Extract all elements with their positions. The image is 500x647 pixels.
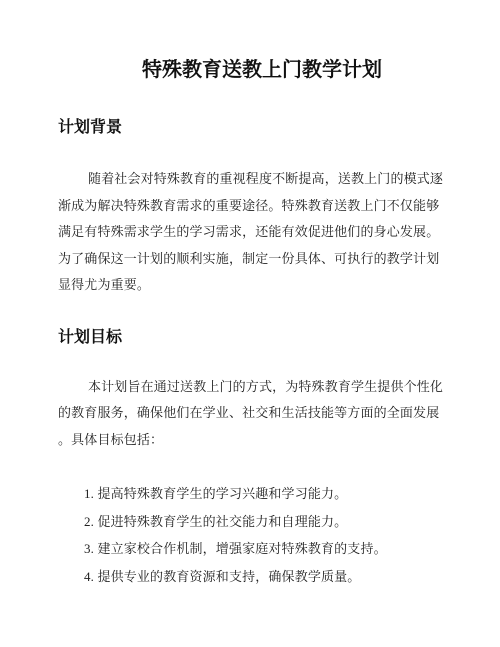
plan-background-paragraph: 随着社会对特殊教育的重视程度不断提高，送教上门的模式逐 渐成为解决特殊教育需求的… [58, 166, 440, 299]
plan-goals-paragraph: 本计划旨在通过送教上门的方式，为特殊教育学生提供个性化 的教育服务，确保他们在学… [58, 374, 440, 454]
goals-list: 1. 提高特殊教育学生的学习兴趣和学习能力。 2. 促进特殊教育学生的社交能力和… [58, 480, 440, 590]
document-title: 特殊教育送教上门教学计划 [58, 55, 440, 85]
goal-list-item-4: 4. 提供专业的教育资源和支持，确保教学质量。 [84, 563, 440, 591]
goal-list-item-1: 1. 提高特殊教育学生的学习兴趣和学习能力。 [84, 480, 440, 508]
document-page: 特殊教育送教上门教学计划 计划背景 随着社会对特殊教育的重视程度不断提高，送教上… [0, 0, 500, 647]
goal-list-item-2: 2. 促进特殊教育学生的社交能力和自理能力。 [84, 508, 440, 536]
goal-list-item-3: 3. 建立家校合作机制，增强家庭对特殊教育的支持。 [84, 535, 440, 563]
section-heading-plan-goals: 计划目标 [58, 327, 440, 349]
section-heading-plan-background: 计划背景 [58, 117, 440, 139]
